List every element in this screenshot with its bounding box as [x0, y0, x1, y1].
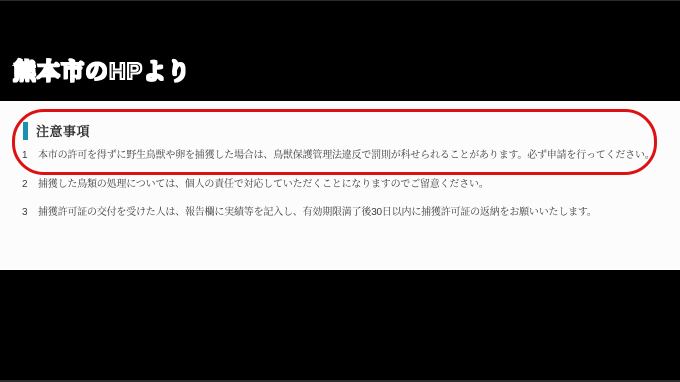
notice-item-1-text: 本市の許可を得ずに野生鳥獣や卵を捕獲した場合は、鳥獣保護管理法違反で罰則が科せら…	[38, 150, 655, 162]
notice-item-1-number: 1	[22, 150, 38, 162]
webpage-panel: 注意事項 1 本市の許可を得ずに野生鳥獣や卵を捕獲した場合は、鳥獣保護管理法違反…	[0, 101, 680, 270]
notice-item-3-number: 3	[22, 207, 38, 219]
notice-item-3-text: 捕獲許可証の交付を受けた人は、報告欄に実績等を記入し、有効期限満了後30日以内に…	[38, 207, 597, 219]
notice-heading: 注意事項	[36, 121, 90, 140]
heading-accent-bar	[23, 122, 28, 140]
broadcast-frame: 熊本市のHPより 注意事項 1 本市の許可を得ずに野生鳥獣や卵を捕獲した場合は、…	[0, 0, 680, 382]
top-letterbox: 熊本市のHPより	[0, 0, 680, 102]
highlight-ellipse	[12, 109, 657, 175]
notice-item-1: 1 本市の許可を得ずに野生鳥獣や卵を捕獲した場合は、鳥獣保護管理法違反で罰則が科…	[22, 150, 655, 162]
notice-item-3: 3 捕獲許可証の交付を受けた人は、報告欄に実績等を記入し、有効期限満了後30日以…	[22, 207, 597, 219]
notice-heading-row: 注意事項	[23, 121, 90, 140]
bottom-letterbox	[0, 270, 680, 382]
notice-item-2-text: 捕獲した鳥類の処理については、個人の責任で対応していただくことになりますのでご留…	[38, 179, 489, 191]
source-caption: 熊本市のHPより	[13, 53, 191, 86]
notice-item-2: 2 捕獲した鳥類の処理については、個人の責任で対応していただくことになりますので…	[22, 179, 489, 191]
notice-item-2-number: 2	[22, 179, 38, 191]
